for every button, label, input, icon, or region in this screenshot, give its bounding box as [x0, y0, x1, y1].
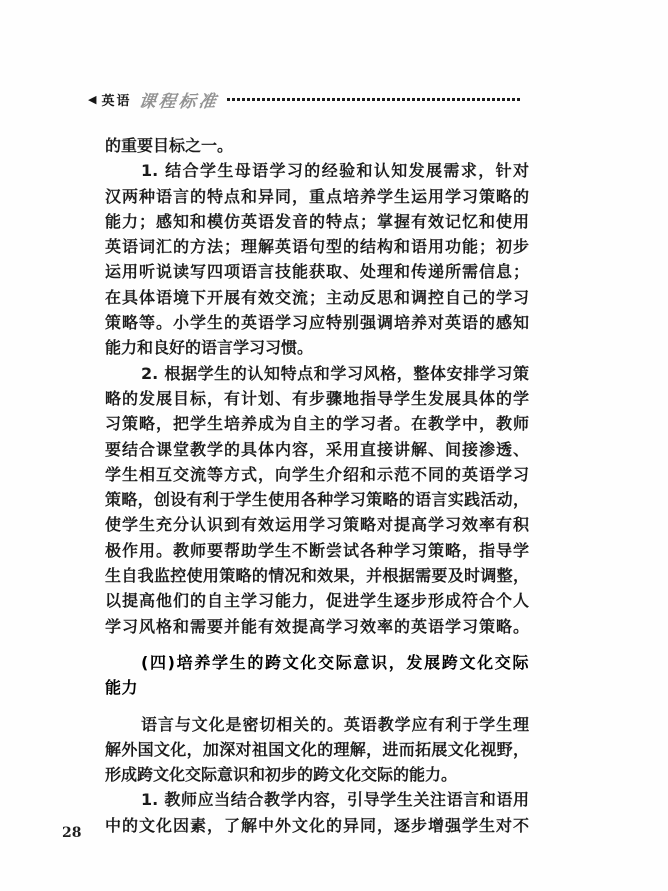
header-subject-label: 英语: [101, 90, 131, 109]
text-line: 要结合课堂教学的具体内容，采用直接讲解、间接渗透、: [105, 437, 529, 462]
text-line: 能力和良好的语言学习习惯。: [105, 335, 529, 360]
section-heading-line: (四)培养学生的跨文化交际意识，发展跨文化交际: [105, 650, 529, 675]
text-line: 中的文化因素，了解中外文化的异同，逐步增强学生对不: [105, 813, 529, 838]
page-number: 28: [62, 825, 81, 841]
text-line: 1. 教师应当结合教学内容，引导学生关注语言和语用: [105, 787, 529, 812]
text-line: 生自我监控使用策略的情况和效果，并根据需要及时调整，: [105, 563, 529, 588]
text-line: 解外国文化，加深对祖国文化的理解，进而拓展文化视野，: [105, 737, 529, 762]
text-line: 习策略，把学生培养成为自主的学习者。在教学中，教师: [105, 411, 529, 436]
text-line: 形成跨文化交际意识和初步的跨文化交际的能力。: [105, 762, 529, 787]
text-line: 在具体语境下开展有效交流；主动反思和调控自己的学习: [105, 285, 529, 310]
body-text-block: 的重要目标之一。 1. 结合学生母语学习的经验和认知发展需求，针对英、 汉两种语…: [105, 133, 529, 838]
text-line: 以提高他们的自主学习能力，促进学生逐步形成符合个人: [105, 588, 529, 613]
text-line: 汉两种语言的特点和异同，重点培养学生运用学习策略的: [105, 184, 529, 209]
text-line: 策略，创设有利于学生使用各种学习策略的语言实践活动，: [105, 487, 529, 512]
text-line: 运用听说读写四项语言技能获取、处理和传递所需信息；: [105, 259, 529, 284]
section-heading-line: 能力: [105, 675, 529, 700]
text-line: 略的发展目标，有计划、有步骤地指导学生发展具体的学: [105, 386, 529, 411]
left-triangle-icon: ◀: [88, 94, 96, 105]
header-dotted-rule: [227, 98, 522, 101]
text-line: 语言与文化是密切相关的。英语教学应有利于学生理: [105, 712, 529, 737]
header-series-label: 课程标准: [138, 87, 222, 112]
text-line: 的重要目标之一。: [105, 133, 529, 158]
text-line: 1. 结合学生母语学习的经验和认知发展需求，针对英、: [105, 158, 529, 183]
text-line: 英语词汇的方法；理解英语句型的结构和语用功能；初步: [105, 234, 529, 259]
text-line: 使学生充分认识到有效运用学习策略对提高学习效率有积: [105, 512, 529, 537]
text-line: 极作用。教师要帮助学生不断尝试各种学习策略，指导学: [105, 538, 529, 563]
text-line: 学习风格和需要并能有效提高学习效率的英语学习策略。: [105, 614, 529, 639]
text-line: 策略等。小学生的英语学习应特别强调培养对英语的感知: [105, 310, 529, 335]
text-line: 能力；感知和模仿英语发音的特点；掌握有效记忆和使用: [105, 209, 529, 234]
running-header: ◀ 英语 课程标准: [88, 88, 522, 110]
text-line: 2. 根据学生的认知特点和学习风格，整体安排学习策: [105, 361, 529, 386]
text-line: 学生相互交流等方式，向学生介绍和示范不同的英语学习: [105, 462, 529, 487]
book-page: ◀ 英语 课程标准 的重要目标之一。 1. 结合学生母语学习的经验和认知发展需求…: [0, 0, 668, 891]
